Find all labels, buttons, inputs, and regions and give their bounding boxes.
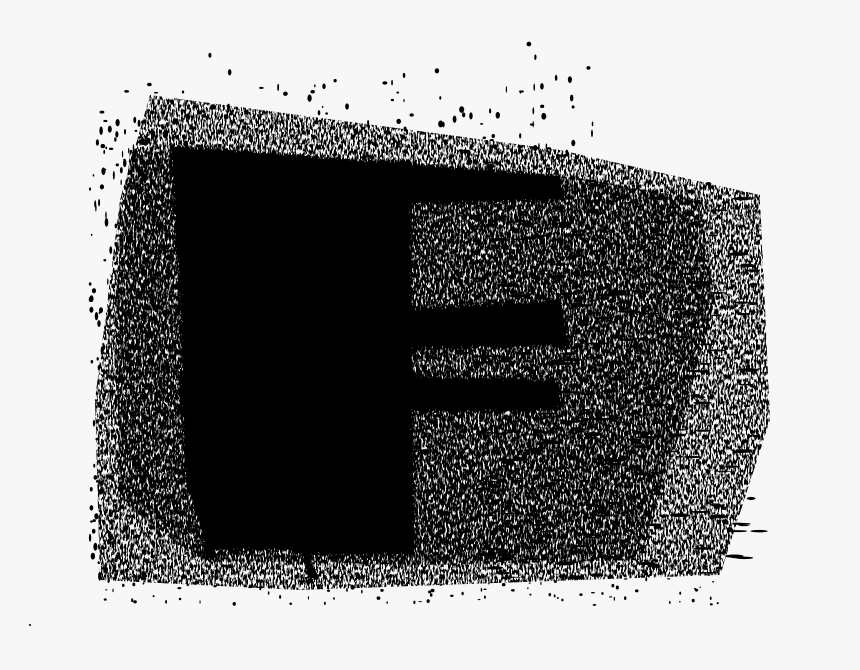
brush-mass <box>95 95 770 590</box>
grunge-texture-canvas <box>0 0 860 670</box>
grunge-brush-stroke <box>0 0 860 670</box>
